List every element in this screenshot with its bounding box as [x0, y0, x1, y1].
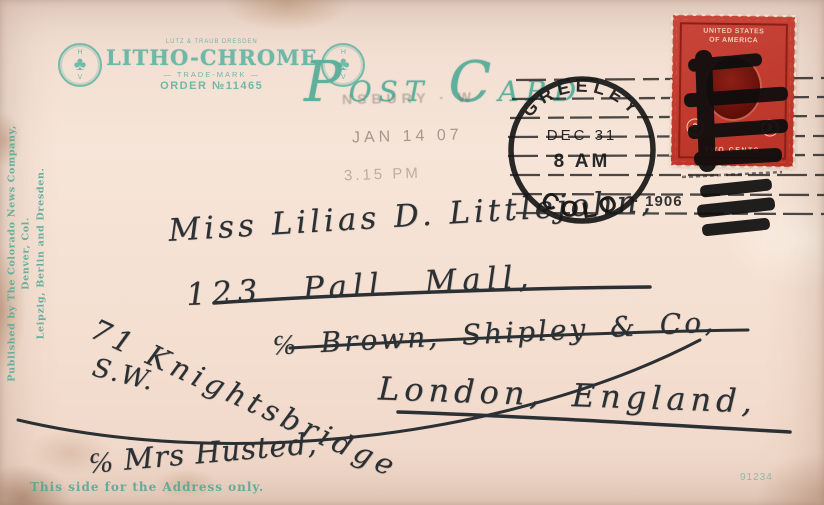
- logo-trademark: — TRADE-MARK —: [106, 70, 317, 79]
- publisher-imprint: Published by The Colorado News Company, …: [6, 107, 49, 399]
- stamp-country-text: UNITED STATES OF AMERICA: [703, 28, 764, 46]
- logo-brand-name: LITHO-CHROME: [106, 45, 317, 70]
- address-line-street: 123 Pall Mall,: [185, 259, 535, 313]
- title-word-card: Card: [449, 50, 584, 115]
- litho-chrome-logo: H ♣ V LUTZ & TRAUB DRESDEN LITHO-CHROME …: [58, 38, 266, 92]
- postcard-scan: Published by The Colorado News Company, …: [0, 0, 824, 505]
- postmark-date: DEC 31: [547, 127, 618, 144]
- publisher-line2: Leipzig, Berlin and Dresden.: [35, 167, 46, 339]
- serial-number: 91234: [740, 472, 773, 483]
- faint-transit-mark: NSBURY · W: [342, 89, 476, 107]
- address-careof-person: ℅ Mrs Husted,: [87, 426, 319, 481]
- stamp-country-line1: UNITED STATES: [703, 28, 764, 36]
- logo-tiny-line: LUTZ & TRAUB DRESDEN: [114, 38, 308, 44]
- scribble-under-stamp: [682, 172, 782, 177]
- cancel-bars-below-stamp: [697, 178, 776, 236]
- address-line-name: Miss Lilias D. Littlejohn,: [167, 183, 655, 249]
- clover-medallion-left: H ♣ V: [58, 43, 102, 87]
- stamp-perforation-right: [789, 16, 797, 168]
- stamp-value-circles: 2 2: [682, 118, 782, 136]
- logo-text-block: LUTZ & TRAUB DRESDEN LITHO-CHROME — TRAD…: [106, 38, 317, 92]
- postage-stamp-design: UNITED STATES OF AMERICA 2 2 TWO CENTS: [678, 22, 788, 159]
- received-date-stamp: JAN 14 07: [352, 127, 463, 148]
- address-side-notice: This side for the Address only.: [30, 480, 264, 494]
- stamp-value-left: 2: [686, 118, 703, 135]
- stamp-value-right: 2: [761, 119, 778, 136]
- shamrock-icon: ♣: [74, 56, 86, 73]
- address-line-city: London, England,: [377, 369, 757, 420]
- stamp-perforation-left: [669, 14, 677, 166]
- postage-stamp: UNITED STATES OF AMERICA 2 2 TWO CENTS: [671, 15, 795, 167]
- stamp-perforation-top: [672, 13, 796, 21]
- medallion-letter-bottom: V: [78, 74, 83, 81]
- received-time-stamp: 3.15 PM: [344, 165, 421, 185]
- publisher-line1: Published by The Colorado News Company, …: [7, 125, 32, 382]
- stamp-perforation-bottom: [670, 161, 794, 169]
- logo-order-number: ORDER №11465: [106, 80, 317, 92]
- postmark-time: 8 AM: [554, 151, 611, 172]
- stamp-country-line2: OF AMERICA: [709, 36, 758, 44]
- address-line-careof-bank: ℅ Brown, Shipley & Co,: [271, 305, 716, 362]
- stamp-denomination-words: TWO CENTS: [704, 147, 760, 155]
- stamp-portrait-oval: [706, 57, 761, 120]
